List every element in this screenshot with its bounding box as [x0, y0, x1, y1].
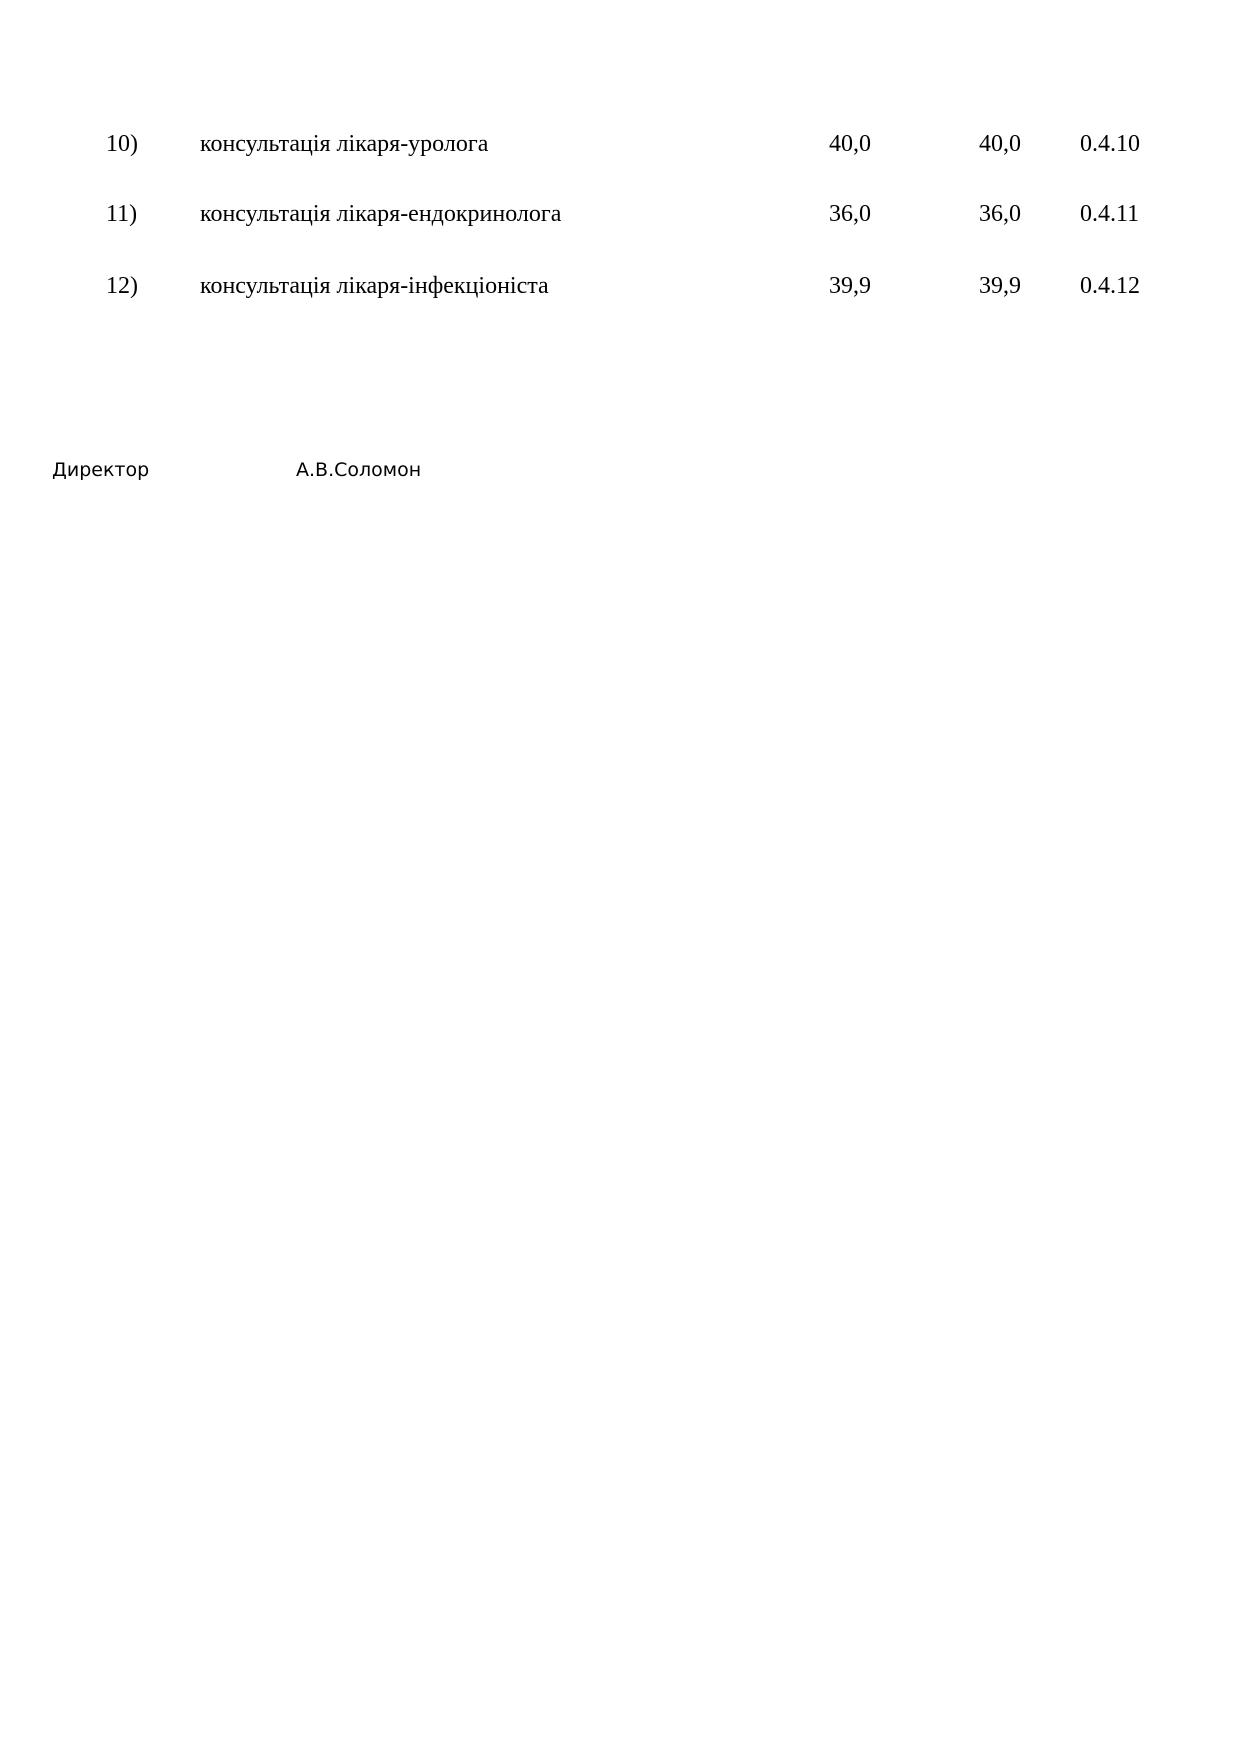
- signatory-title: Директор: [52, 457, 149, 483]
- row-number: 11): [106, 199, 137, 229]
- price-total: 39,9: [979, 271, 1021, 301]
- table-row: 11) консультація лікаря-ендокринолога 36…: [0, 199, 1240, 229]
- price-total: 36,0: [979, 199, 1021, 229]
- service-name: консультація лікаря-інфекціоніста: [200, 271, 549, 301]
- row-number: 10): [106, 129, 138, 159]
- signatory-name: А.В.Соломон: [296, 457, 421, 483]
- row-number: 12): [106, 271, 138, 301]
- price-value: 39,9: [829, 271, 871, 301]
- service-name: консультація лікаря-ендокринолога: [200, 199, 561, 229]
- service-code: 0.4.10: [1080, 129, 1140, 159]
- price-total: 40,0: [979, 129, 1021, 159]
- service-code: 0.4.11: [1080, 199, 1139, 229]
- price-value: 36,0: [829, 199, 871, 229]
- price-value: 40,0: [829, 129, 871, 159]
- service-name: консультація лікаря-уролога: [200, 129, 488, 159]
- table-row: 12) консультація лікаря-інфекціоніста 39…: [0, 271, 1240, 301]
- service-code: 0.4.12: [1080, 271, 1140, 301]
- table-row: 10) консультація лікаря-уролога 40,0 40,…: [0, 129, 1240, 159]
